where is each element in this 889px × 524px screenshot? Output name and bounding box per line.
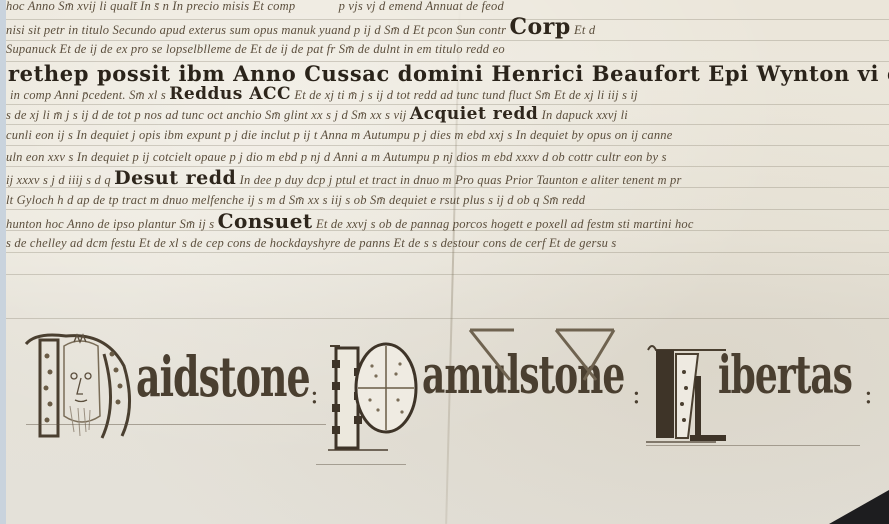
manuscript-line: cunli eon ij s In dequiet j opis ibm exp…	[6, 125, 672, 145]
manuscript-line: hoc Anno Sm̄ xvij li qualt̄ In s̄ n In p…	[6, 0, 504, 16]
bearded-face-initial-m-icon	[20, 324, 140, 444]
parchment-sheet: hoc Anno Sm̄ xvij li qualt̄ In s̄ n In p…	[6, 0, 889, 524]
manuscript-line: ij xxxv s j d iiij s d q Desut redd In d…	[6, 168, 682, 190]
manuscript-line: hunton hoc Anno de ipso plantur Sm̄ ij s…	[6, 211, 694, 234]
heading-separator: :	[864, 380, 873, 410]
manuscript-line: in comp Anni p̄cedent. Sm̄ xl s Reddus A…	[10, 84, 638, 105]
heading-separator: :	[310, 380, 319, 410]
heading-baseline	[316, 464, 406, 465]
heading-separator: :	[632, 380, 641, 410]
rubric-heading: Desut redd	[114, 167, 236, 189]
ruling-line	[6, 145, 889, 146]
manuscript-line: uln eon xxv s In dequiet p ij cotcielt o…	[6, 147, 667, 167]
heading-libertas: ibertas	[718, 345, 852, 406]
decorated-headings: aidstone : amulstone :	[6, 318, 889, 478]
shield-initial-p-icon	[324, 338, 424, 458]
dotted-initial-l-icon	[646, 336, 726, 446]
rubric-heading: Acquiet redd	[410, 104, 538, 124]
rubric-heading: Corp	[510, 14, 571, 40]
heading-baseline	[26, 424, 326, 425]
manuscript-line: Supanuck Et de ij de ex pro se lopselbll…	[6, 39, 505, 59]
manuscript-line: lt Gyloch h d ap de tp tract m dnuo melf…	[6, 190, 585, 210]
flourish-ascenders-icon	[466, 320, 646, 390]
rubric-heading: Consuet	[218, 209, 313, 233]
corner-shadow	[829, 490, 889, 524]
heading-baseline	[646, 445, 860, 446]
heading-maidstone: aidstone	[136, 344, 310, 409]
manuscript-line: nisi sit petr in titulo Secundo apud ext…	[6, 17, 595, 40]
manuscript-line: s de xj li m̄ j s ij d de tot p nos ad t…	[6, 104, 628, 125]
manuscript-line: s de chelley ad dcm festu Et de xl s de …	[6, 233, 616, 253]
ruling-line	[6, 274, 889, 275]
rubric-heading: Reddus ACC	[169, 84, 291, 104]
